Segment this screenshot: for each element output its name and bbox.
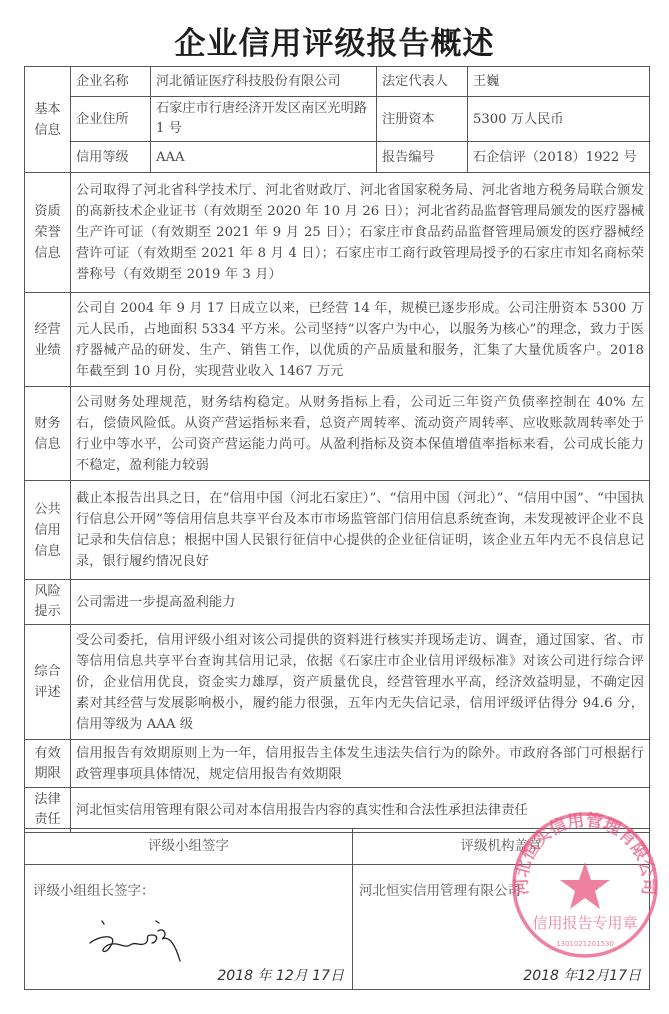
signature-section: 评级小组签字 评级机构盖章 评级小组组长签字： 2018 年 12月 17日 河… xyxy=(24,828,649,987)
section-text-finance: 公司财务处理规范，财务结构稳定。从财务指标上看，公司近三年资产负债率控制在 40… xyxy=(71,387,650,481)
label-legal-rep: 法定代表人 xyxy=(377,67,468,97)
rating-team-signature-header: 评级小组签字 xyxy=(25,829,353,865)
label-company-name: 企业名称 xyxy=(71,67,151,97)
basic-row-address: 企业住所 石家庄市行唐经济开发区南区光明路 1 号 注册资本 5300 万人民币 xyxy=(25,97,650,142)
signature-table: 评级小组签字 评级机构盖章 评级小组组长签字： 2018 年 12月 17日 河… xyxy=(24,828,650,990)
section-text-risk: 公司需进一步提高盈利能力 xyxy=(71,580,650,625)
section-row-performance: 经营业绩 公司自 2004 年 9 月 17 日成立以来，已经营 14 年，规模… xyxy=(25,293,650,387)
basic-row-name: 基本信息 企业名称 河北循证医疗科技股份有限公司 法定代表人 王巍 xyxy=(25,67,650,97)
section-text-performance: 公司自 2004 年 9 月 17 日成立以来，已经营 14 年，规模已逐步形成… xyxy=(71,293,650,387)
value-legal-rep: 王巍 xyxy=(468,67,650,97)
section-label-risk: 风险提示 xyxy=(25,580,71,625)
section-label-summary: 综合评述 xyxy=(25,625,71,740)
value-report-number: 石企信评（2018）1922 号 xyxy=(468,142,650,173)
section-row-validity: 有效期限 信用报告有效期原则上为一年，信用报告主体发生违法失信行为的除外。市政府… xyxy=(25,740,650,788)
agency-seal-date: 2018 年12月17日 xyxy=(523,965,641,985)
section-text-validity: 信用报告有效期原则上为一年，信用报告主体发生违法失信行为的除外。市政府各部门可根… xyxy=(71,740,650,788)
section-text-legal: 河北恒实信用管理有限公司对本信用报告内容的真实性和合法性承担法律责任 xyxy=(71,788,650,833)
report-table: 基本信息 企业名称 河北循证医疗科技股份有限公司 法定代表人 王巍 企业住所 石… xyxy=(24,66,650,833)
value-address: 石家庄市行唐经济开发区南区光明路 1 号 xyxy=(151,97,377,142)
section-text-summary: 受公司委托，信用评级小组对该公司提供的资料进行核实并现场走访、调查，通过国家、省… xyxy=(71,625,650,740)
section-row-public-credit: 公共信用信息 截止本报告出具之日，在“信用中国（河北石家庄）”、“信用中国（河北… xyxy=(25,481,650,580)
value-company-name: 河北循证医疗科技股份有限公司 xyxy=(151,67,377,97)
label-registered-capital: 注册资本 xyxy=(377,97,468,142)
rating-agency-seal-cell: 河北恒实信用管理有限公司 2018 年12月17日 xyxy=(353,865,650,990)
handwritten-signature-icon xyxy=(80,913,200,968)
rating-team-signature-cell: 评级小组组长签字： 2018 年 12月 17日 xyxy=(25,865,353,990)
rating-agency-seal-header: 评级机构盖章 xyxy=(353,829,650,865)
section-row-risk: 风险提示 公司需进一步提高盈利能力 xyxy=(25,580,650,625)
team-signature-date: 2018 年 12月 17日 xyxy=(217,965,344,985)
basic-row-rating: 信用等级 AAA 报告编号 石企信评（2018）1922 号 xyxy=(25,142,650,173)
section-label-qualifications: 资质荣誉信息 xyxy=(25,173,71,293)
section-label-validity: 有效期限 xyxy=(25,740,71,788)
label-address: 企业住所 xyxy=(71,97,151,142)
section-text-public-credit: 截止本报告出具之日，在“信用中国（河北石家庄）”、“信用中国（河北）”、“信用中… xyxy=(71,481,650,580)
section-row-finance: 财务信息 公司财务处理规范，财务结构稳定。从财务指标上看，公司近三年资产负债率控… xyxy=(25,387,650,481)
section-label-finance: 财务信息 xyxy=(25,387,71,481)
section-label-public-credit: 公共信用信息 xyxy=(25,481,71,580)
value-credit-grade: AAA xyxy=(151,142,377,173)
section-row-legal: 法律责任 河北恒实信用管理有限公司对本信用报告内容的真实性和合法性承担法律责任 xyxy=(25,788,650,833)
section-label-legal: 法律责任 xyxy=(25,788,71,833)
rating-agency-name: 河北恒实信用管理有限公司 xyxy=(359,879,521,899)
label-credit-grade: 信用等级 xyxy=(71,142,151,173)
team-leader-signature-label: 评级小组组长签字： xyxy=(33,879,155,899)
section-row-qualifications: 资质荣誉信息 公司取得了河北省科学技术厅、河北省财政厅、河北省国家税务局、河北省… xyxy=(25,173,650,293)
section-row-summary: 综合评述 受公司委托，信用评级小组对该公司提供的资料进行核实并现场走访、调查，通… xyxy=(25,625,650,740)
section-label-performance: 经营业绩 xyxy=(25,293,71,387)
section-text-qualifications: 公司取得了河北省科学技术厅、河北省财政厅、河北省国家税务局、河北省地方税务局联合… xyxy=(71,173,650,293)
label-report-number: 报告编号 xyxy=(377,142,468,173)
value-registered-capital: 5300 万人民币 xyxy=(468,97,650,142)
section-label-basic: 基本信息 xyxy=(25,67,71,173)
page-title: 企业信用评级报告概述 xyxy=(0,18,669,63)
